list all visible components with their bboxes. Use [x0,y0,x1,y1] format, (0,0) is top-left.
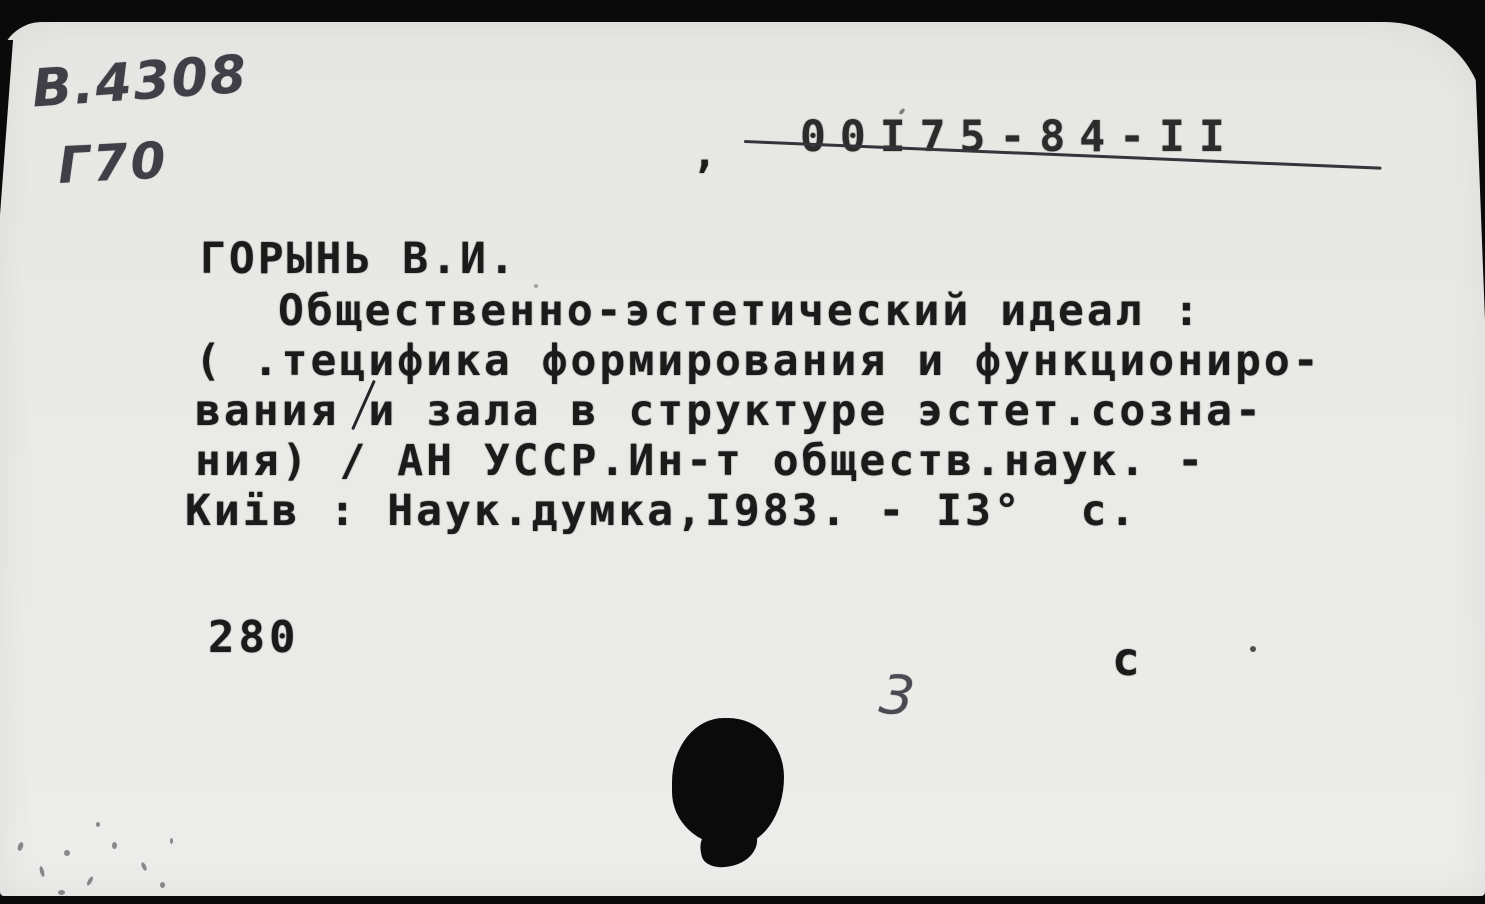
scan-noise [64,850,70,856]
scan-noise [534,284,538,288]
statement-of-responsibility-line: ния) / АН УССР.Ин-т обществ.наук. - [195,436,1206,486]
price-code: 280 [208,612,299,663]
scan-noise [58,890,65,895]
author-heading: ГОРЫНЬ В.И. [200,234,518,284]
stray-comma-mark: , [692,128,717,177]
scan-noise [1250,646,1256,652]
size-letter: с [1112,632,1143,686]
handwritten-digit: 3 [877,662,918,728]
call-number-line2: Г70 [57,131,170,195]
scan-noise [96,822,100,827]
hole-punch-smudge [752,770,782,804]
scanned-catalog-card-image: В.4308 Г70 , 00I75-84-II ГОРЫНЬ В.И. Общ… [0,0,1485,904]
scan-noise [112,842,117,849]
subtitle-line-2: вания и зала в структуре эстет.созна- [195,386,1264,436]
scan-noise [170,838,173,844]
imprint-line: Київ : Наук.думка,I983. - I3° с. [185,486,1138,536]
title-line: Общественно-эстетический идеал : [278,286,1202,336]
subtitle-line-1: ( .тецифика формирования и функциониро- [195,336,1322,386]
scan-noise [160,882,165,888]
